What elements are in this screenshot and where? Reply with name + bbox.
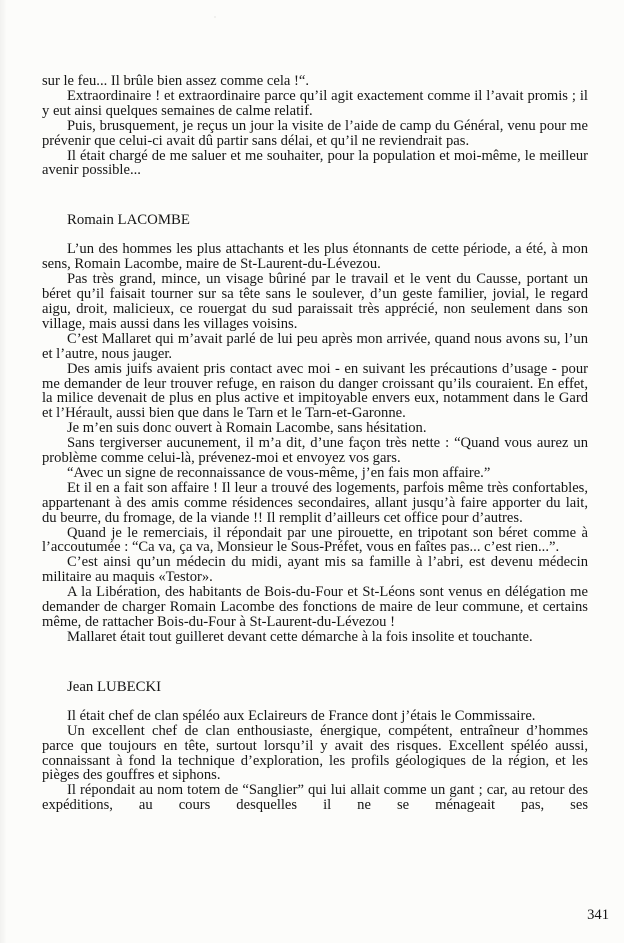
paragraph: Sans tergiverser aucunement, il m’a dit,…: [42, 436, 588, 466]
paragraph: Puis, brusquement, je reçus un jour la v…: [42, 119, 588, 149]
page-body: sur le feu... Il brûle bien assez comme …: [42, 74, 588, 813]
paragraph: A la Libération, des habitants de Bois-d…: [42, 585, 588, 630]
paragraph: C’est Mallaret qui m’avait parlé de lui …: [42, 332, 588, 362]
paragraph: Il répondait au nom totem de “Sanglier” …: [42, 783, 588, 813]
scanned-book-page: sur le feu... Il brûle bien assez comme …: [0, 0, 624, 943]
paragraph: Extraordinaire ! et extraordinaire parce…: [42, 89, 588, 119]
paragraph: Il était chef de clan spéléo aux Eclaire…: [42, 709, 588, 724]
paragraph: C’est ainsi qu’un médecin du midi, ayant…: [42, 555, 588, 585]
paragraph: Pas très grand, mince, un visage bûriné …: [42, 272, 588, 332]
page-number: 341: [587, 908, 609, 923]
paragraph: Il était chargé de me saluer et me souha…: [42, 149, 588, 179]
paragraph: Et il en a fait son affaire ! Il leur a …: [42, 481, 588, 526]
paragraph: “Avec un signe de reconnaissance de vous…: [42, 466, 588, 481]
paragraph: Je m’en suis donc ouvert à Romain Lacomb…: [42, 421, 588, 436]
paragraph: Des amis juifs avaient pris contact avec…: [42, 362, 588, 422]
section-romain-lacombe: Romain LACOMBE L’un des hommes les plus …: [42, 213, 588, 644]
section-jean-lubecki: Jean LUBECKI Il était chef de clan spélé…: [42, 680, 588, 813]
paragraph: Mallaret était tout guilleret devant cet…: [42, 630, 588, 645]
section-heading: Jean LUBECKI: [42, 680, 588, 695]
paragraph: Quand je le remerciais, il répondait par…: [42, 526, 588, 556]
paragraph: Un excellent chef de clan enthousiaste, …: [42, 724, 588, 784]
section-intro: sur le feu... Il brûle bien assez comme …: [42, 74, 588, 178]
paragraph: sur le feu... Il brûle bien assez comme …: [42, 74, 588, 89]
section-heading: Romain LACOMBE: [42, 213, 588, 228]
paragraph: L’un des hommes les plus attachants et l…: [42, 242, 588, 272]
